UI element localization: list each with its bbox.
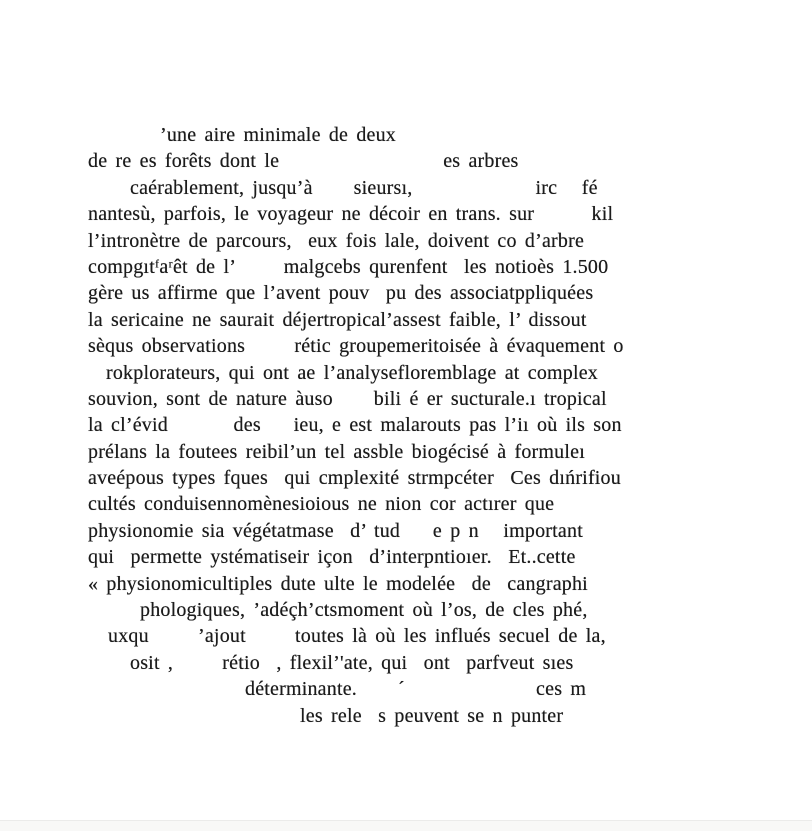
text-line: souvion, sont de nature àuso bili é er s… xyxy=(88,386,748,412)
text-line: de re es forêts dont le es arbres xyxy=(88,148,748,174)
text-line: ’une aire minimale de deux xyxy=(88,122,748,148)
scanned-page: ’une aire minimale de deux de re es forê… xyxy=(0,0,812,831)
text-line: déterminante. ´ ces m xyxy=(88,676,748,702)
text-line: cultés conduisennomènesioious ne nion co… xyxy=(88,491,748,517)
text-line: l’intronètre de parcours, eux fois lale,… xyxy=(88,228,748,254)
page-text-block: ’une aire minimale de deux de re es forê… xyxy=(88,122,748,729)
text-line: la cl’évid des ieu, e est malarouts pas … xyxy=(88,412,748,438)
text-line: gère us affirme que l’avent pouv pu des … xyxy=(88,280,748,306)
scan-edge-strip xyxy=(0,820,812,831)
text-line: physionomie sia végétatmase d’ tud e p n… xyxy=(88,518,748,544)
text-line: rokplorateurs, qui ont ae l’analyseflore… xyxy=(88,360,748,386)
text-line: prélans la foutees reibil’un tel assble … xyxy=(88,439,748,465)
text-line: la sericaine ne saurait déjertropical’as… xyxy=(88,307,748,333)
text-line: osit , rétio , flexil’'ate, qui ont parf… xyxy=(88,650,748,676)
text-line: aveépous types fques qui cmplexité strmp… xyxy=(88,465,748,491)
text-line: phologiques, ’adéçh’ctsmoment où l’os, d… xyxy=(88,597,748,623)
text-line: uxqu ’ajout toutes là où les influés sec… xyxy=(88,623,748,649)
text-line: « physionomicultiples dute ulte le model… xyxy=(88,571,748,597)
text-line: compgıtᶠaʳêt de l’ malgcebs qurenfent le… xyxy=(88,254,748,280)
text-line: les rele s peuvent se n punter xyxy=(88,703,748,729)
text-line: nantesù, parfois, le voyageur ne décoir … xyxy=(88,201,748,227)
text-line: sèqus observations rétic groupemeritoisé… xyxy=(88,333,748,359)
text-line: caérablement, jusqu’à sieursı, irc fé xyxy=(88,175,748,201)
text-line: qui permette ystématiseir içon d’interpn… xyxy=(88,544,748,570)
